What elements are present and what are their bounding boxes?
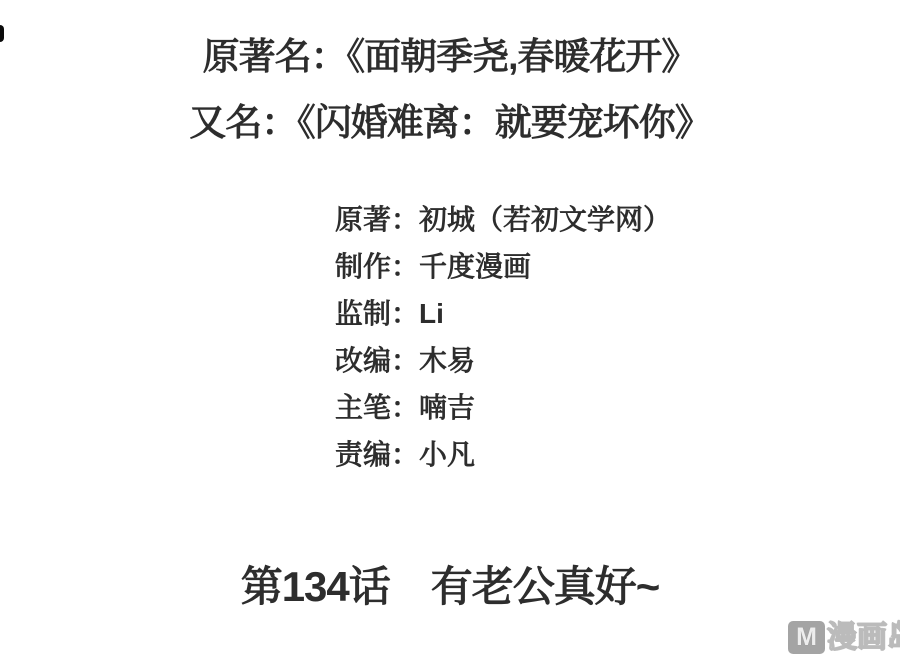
credits-block: 原著：初城（若初文学网） 制作：千度漫画 监制：Li 改编：木易 主笔：喃吉 责…	[335, 196, 671, 478]
credit-adaptation: 改编：木易	[335, 337, 671, 384]
platform-watermark: M 漫画岛	[788, 620, 900, 654]
credit-editor: 责编：小凡	[335, 431, 671, 478]
chapter-title: 第134话 有老公真好~	[0, 554, 900, 614]
credit-lead-artist: 主笔：喃吉	[335, 384, 671, 431]
credit-supervisor: 监制：Li	[335, 290, 671, 337]
manhuadao-logo-icon: M	[788, 621, 825, 654]
comic-credits-page: 原著名：《面朝季尧,春暖花开》 又名：《闪婚难离：就要宠坏你》 原著：初城（若初…	[0, 0, 900, 654]
original-work-title: 原著名：《面朝季尧,春暖花开》	[0, 26, 900, 80]
alternate-title: 又名：《闪婚难离：就要宠坏你》	[0, 92, 900, 146]
credit-production: 制作：千度漫画	[335, 243, 671, 290]
watermark-brand-name: 漫画岛	[827, 621, 900, 654]
credit-original-author: 原著：初城（若初文学网）	[335, 196, 671, 243]
